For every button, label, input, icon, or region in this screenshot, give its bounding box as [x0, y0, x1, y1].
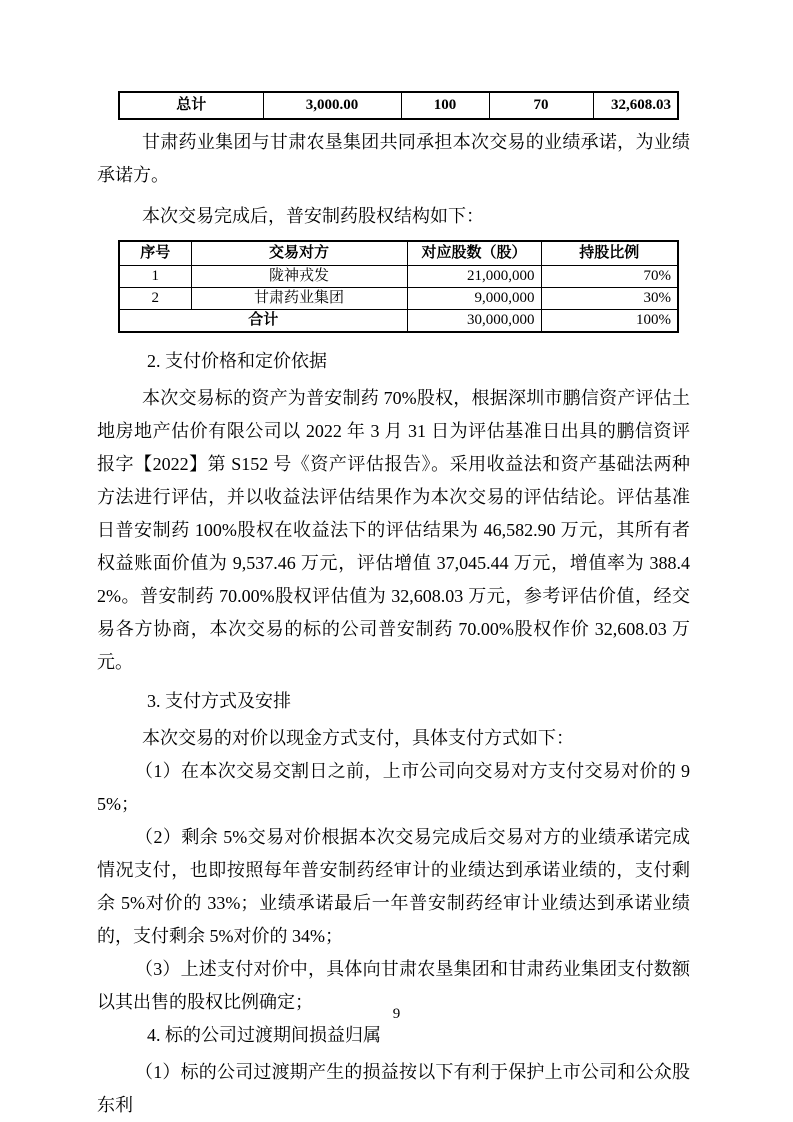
total-value-cell: 100 — [401, 92, 489, 119]
section3-intro: 本次交易的对价以现金方式支付，具体支付方式如下： — [97, 722, 690, 755]
table-row: 1 陇神戎发 21,000,000 70% — [119, 266, 678, 288]
cell-shares: 9,000,000 — [407, 288, 541, 310]
total-label-cell: 总计 — [119, 92, 263, 119]
page-content: 总计 3,000.00 100 70 32,608.03 甘肃药业集团与甘肃农垦… — [97, 91, 690, 1122]
cell-shares: 21,000,000 — [407, 266, 541, 288]
header-cell-shares: 对应股数（股） — [407, 241, 541, 266]
section4-heading: 4. 标的公司过渡期间损益归属 — [97, 1019, 690, 1052]
total-row-table: 总计 3,000.00 100 70 32,608.03 — [118, 91, 679, 120]
total-value-cell: 32,608.03 — [593, 92, 678, 119]
paragraph-structure-intro: 本次交易完成后，普安制药股权结构如下： — [97, 200, 690, 233]
cell-party: 陇神戎发 — [191, 266, 407, 288]
section3-item2: （2）剩余 5%交易对价根据本次交易完成后交易对方的业绩承诺完成情况支付，也即按… — [97, 821, 690, 953]
total-value-cell: 3,000.00 — [263, 92, 401, 119]
header-cell-no: 序号 — [119, 241, 191, 266]
cell-no: 1 — [119, 266, 191, 288]
cell-ratio: 70% — [541, 266, 678, 288]
cell-ratio: 30% — [541, 288, 678, 310]
total-shares-cell: 30,000,000 — [407, 310, 541, 333]
total-value-cell: 70 — [489, 92, 593, 119]
table-total-row: 合计 30,000,000 100% — [119, 310, 678, 333]
document-page: 总计 3,000.00 100 70 32,608.03 甘肃药业集团与甘肃农垦… — [0, 0, 793, 1122]
header-cell-party: 交易对方 — [191, 241, 407, 266]
section3-item1: （1）在本次交易交割日之前，上市公司向交易对方支付交易对价的 95%； — [97, 755, 690, 821]
total-ratio-cell: 100% — [541, 310, 678, 333]
header-cell-ratio: 持股比例 — [541, 241, 678, 266]
cell-no: 2 — [119, 288, 191, 310]
section3-heading: 3. 支付方式及安排 — [97, 685, 690, 718]
table-header-row: 序号 交易对方 对应股数（股） 持股比例 — [119, 241, 678, 266]
table-row: 2 甘肃药业集团 9,000,000 30% — [119, 288, 678, 310]
section4-item1: （1）标的公司过渡期产生的损益按以下有利于保护上市公司和公众股东利 — [97, 1056, 690, 1122]
section2-body: 本次交易标的资产为普安制药 70%股权，根据深圳市鹏信资产评估土地房地产估价有限… — [97, 382, 690, 679]
total-row: 总计 3,000.00 100 70 32,608.03 — [119, 92, 678, 119]
total-label-cell: 合计 — [119, 310, 407, 333]
ownership-structure-table: 序号 交易对方 对应股数（股） 持股比例 1 陇神戎发 21,000,000 7… — [118, 240, 679, 333]
section2-heading: 2. 支付价格和定价依据 — [97, 345, 690, 378]
paragraph-performance-commitment: 甘肃药业集团与甘肃农垦集团共同承担本次交易的业绩承诺，为业绩承诺方。 — [97, 126, 690, 192]
cell-party: 甘肃药业集团 — [191, 288, 407, 310]
page-number: 9 — [0, 1005, 793, 1023]
